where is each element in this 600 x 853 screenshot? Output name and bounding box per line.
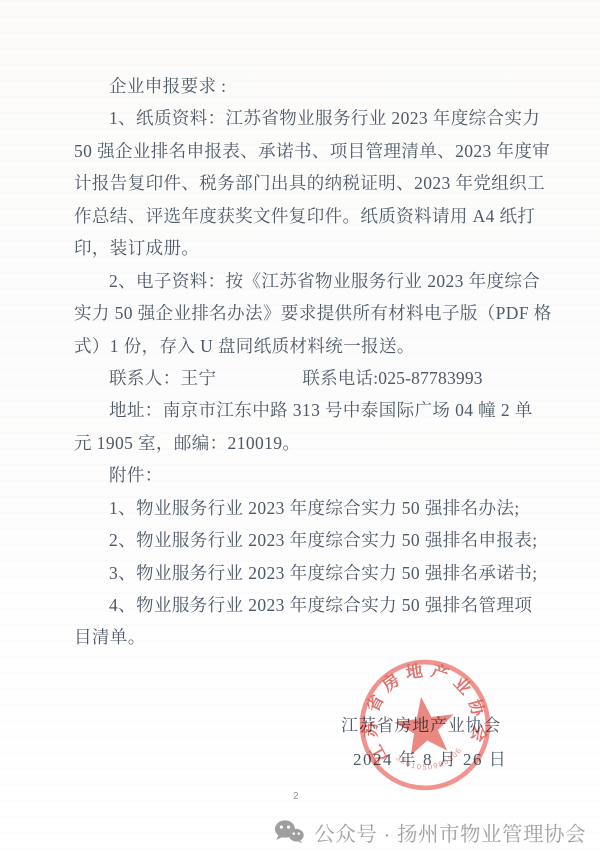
- attachment-item: 2、物业服务行业 2023 年度综合实力 50 强排名申报表;: [74, 524, 530, 556]
- official-seal: 江苏省房地产业协会 3201050985306: [354, 654, 496, 796]
- doc-line: 作总结、评选年度获奖文件复印件。纸质资料请用 A4 纸打: [74, 200, 530, 232]
- doc-line: 实力 50 强企业排名办法》要求提供所有材料电子版（PDF 格: [74, 297, 530, 329]
- doc-line: 1、纸质资料：江苏省物业服务行业 2023 年度综合实力: [74, 102, 530, 134]
- attachment-item: 3、物业服务行业 2023 年度综合实力 50 强排名承诺书;: [74, 557, 530, 589]
- svg-text:3201050985306: 3201050985306: [394, 744, 467, 776]
- seal-serial: 3201050985306: [394, 744, 467, 776]
- contact-phone: 联系电话:025-87783993: [302, 368, 482, 388]
- attachment-item: 1、物业服务行业 2023 年度综合实力 50 强排名办法;: [74, 492, 530, 524]
- doc-line: 计报告复印件、税务部门出具的纳税证明、2023 年党组织工: [74, 167, 530, 199]
- document-body: 企业申报要求 : 1、纸质资料：江苏省物业服务行业 2023 年度综合实力 50…: [74, 70, 530, 654]
- contact-line: 联系人：王宁联系电话:025-87783993: [74, 362, 530, 394]
- wechat-banner: 公众号 · 扬州市物业管理协会: [274, 817, 586, 847]
- document-page: 企业申报要求 : 1、纸质资料：江苏省物业服务行业 2023 年度综合实力 50…: [0, 0, 600, 853]
- doc-line: 地址：南京市江东中路 313 号中泰国际广场 04 幢 2 单: [74, 394, 530, 426]
- doc-line: 元 1905 室，邮编：210019。: [74, 427, 530, 459]
- doc-heading: 企业申报要求 :: [74, 70, 530, 102]
- page-number: 2: [293, 791, 299, 802]
- wechat-icon: [274, 819, 305, 846]
- attachment-item: 目清单。: [74, 621, 530, 653]
- wechat-banner-label: 公众号 · 扬州市物业管理协会: [314, 817, 586, 847]
- doc-line: 印，装订成册。: [74, 232, 530, 264]
- seal-star-icon: [391, 693, 458, 758]
- doc-line: 50 强企业排名申报表、承诺书、项目管理清单、2023 年度审: [74, 135, 530, 167]
- doc-line: 2、电子资料：按《江苏省物业服务行业 2023 年度综合: [74, 265, 530, 297]
- attachments-heading: 附件：: [74, 459, 530, 491]
- contact-person: 联系人：王宁: [109, 368, 216, 388]
- doc-line: 式）1 份，存入 U 盘同纸质材料统一报送。: [74, 330, 530, 362]
- attachment-item: 4、物业服务行业 2023 年度综合实力 50 强排名管理项: [74, 589, 530, 621]
